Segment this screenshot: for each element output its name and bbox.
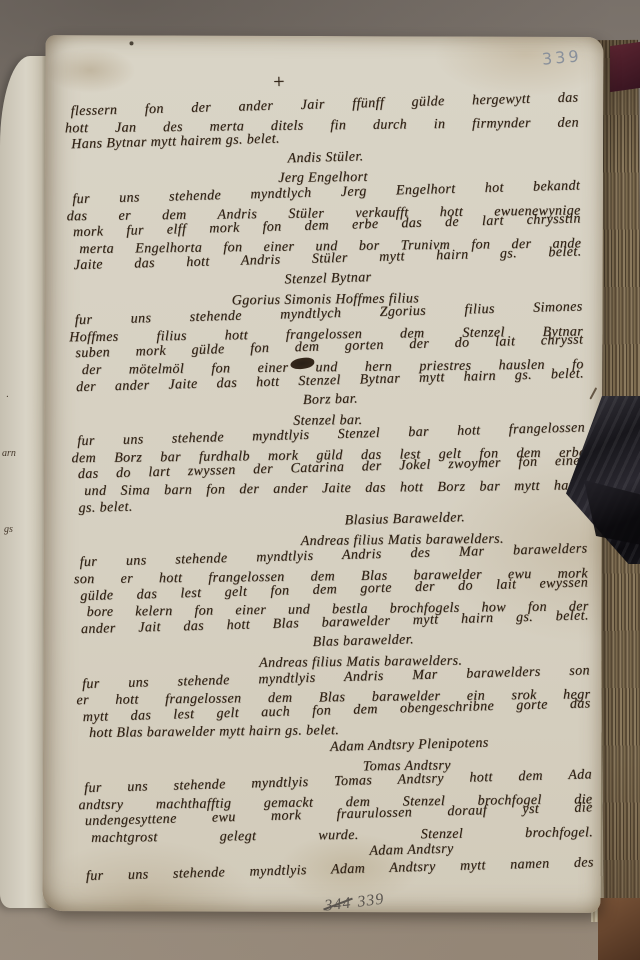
paper-speck: [129, 41, 133, 45]
text-block: fur uns stehende myndtlyis Andris des Ma…: [80, 545, 590, 638]
text-block: fur uns stehende myndtlyis Tomas Andtsry…: [84, 771, 593, 848]
margin-ink-dot: ·: [6, 392, 9, 403]
book-cover-bottom: [598, 898, 640, 960]
struck-number: 344: [324, 895, 353, 916]
cross-mark: +: [70, 67, 488, 97]
margin-fragment: gs: [4, 524, 13, 535]
manuscript-photo: · arn gs + flessern fon der ander Jair f…: [0, 0, 640, 960]
text-block: fur uns stehende myndtlyis Stenzel bar h…: [77, 424, 587, 517]
book-cover-corner: [610, 42, 640, 92]
manuscript-page: + flessern fon der ander Jair ffünff gül…: [42, 35, 603, 913]
text-block: fur uns stehende myndtlych Zgorius filiu…: [75, 303, 585, 396]
text-block: fur uns stehende myndtlyis Andris Mar ba…: [82, 666, 591, 743]
text-block: fur uns stehende myndtlych Jerg Engelhor…: [72, 182, 582, 275]
margin-fragment: arn: [2, 448, 16, 459]
manuscript-text: + flessern fon der ander Jair ffünff gül…: [70, 65, 594, 889]
page-number-pencil: 339: [541, 46, 582, 68]
bottom-folio-numbers: 344339: [324, 891, 386, 916]
stray-pen-mark: [589, 387, 597, 399]
folio-number: 339: [356, 891, 385, 911]
